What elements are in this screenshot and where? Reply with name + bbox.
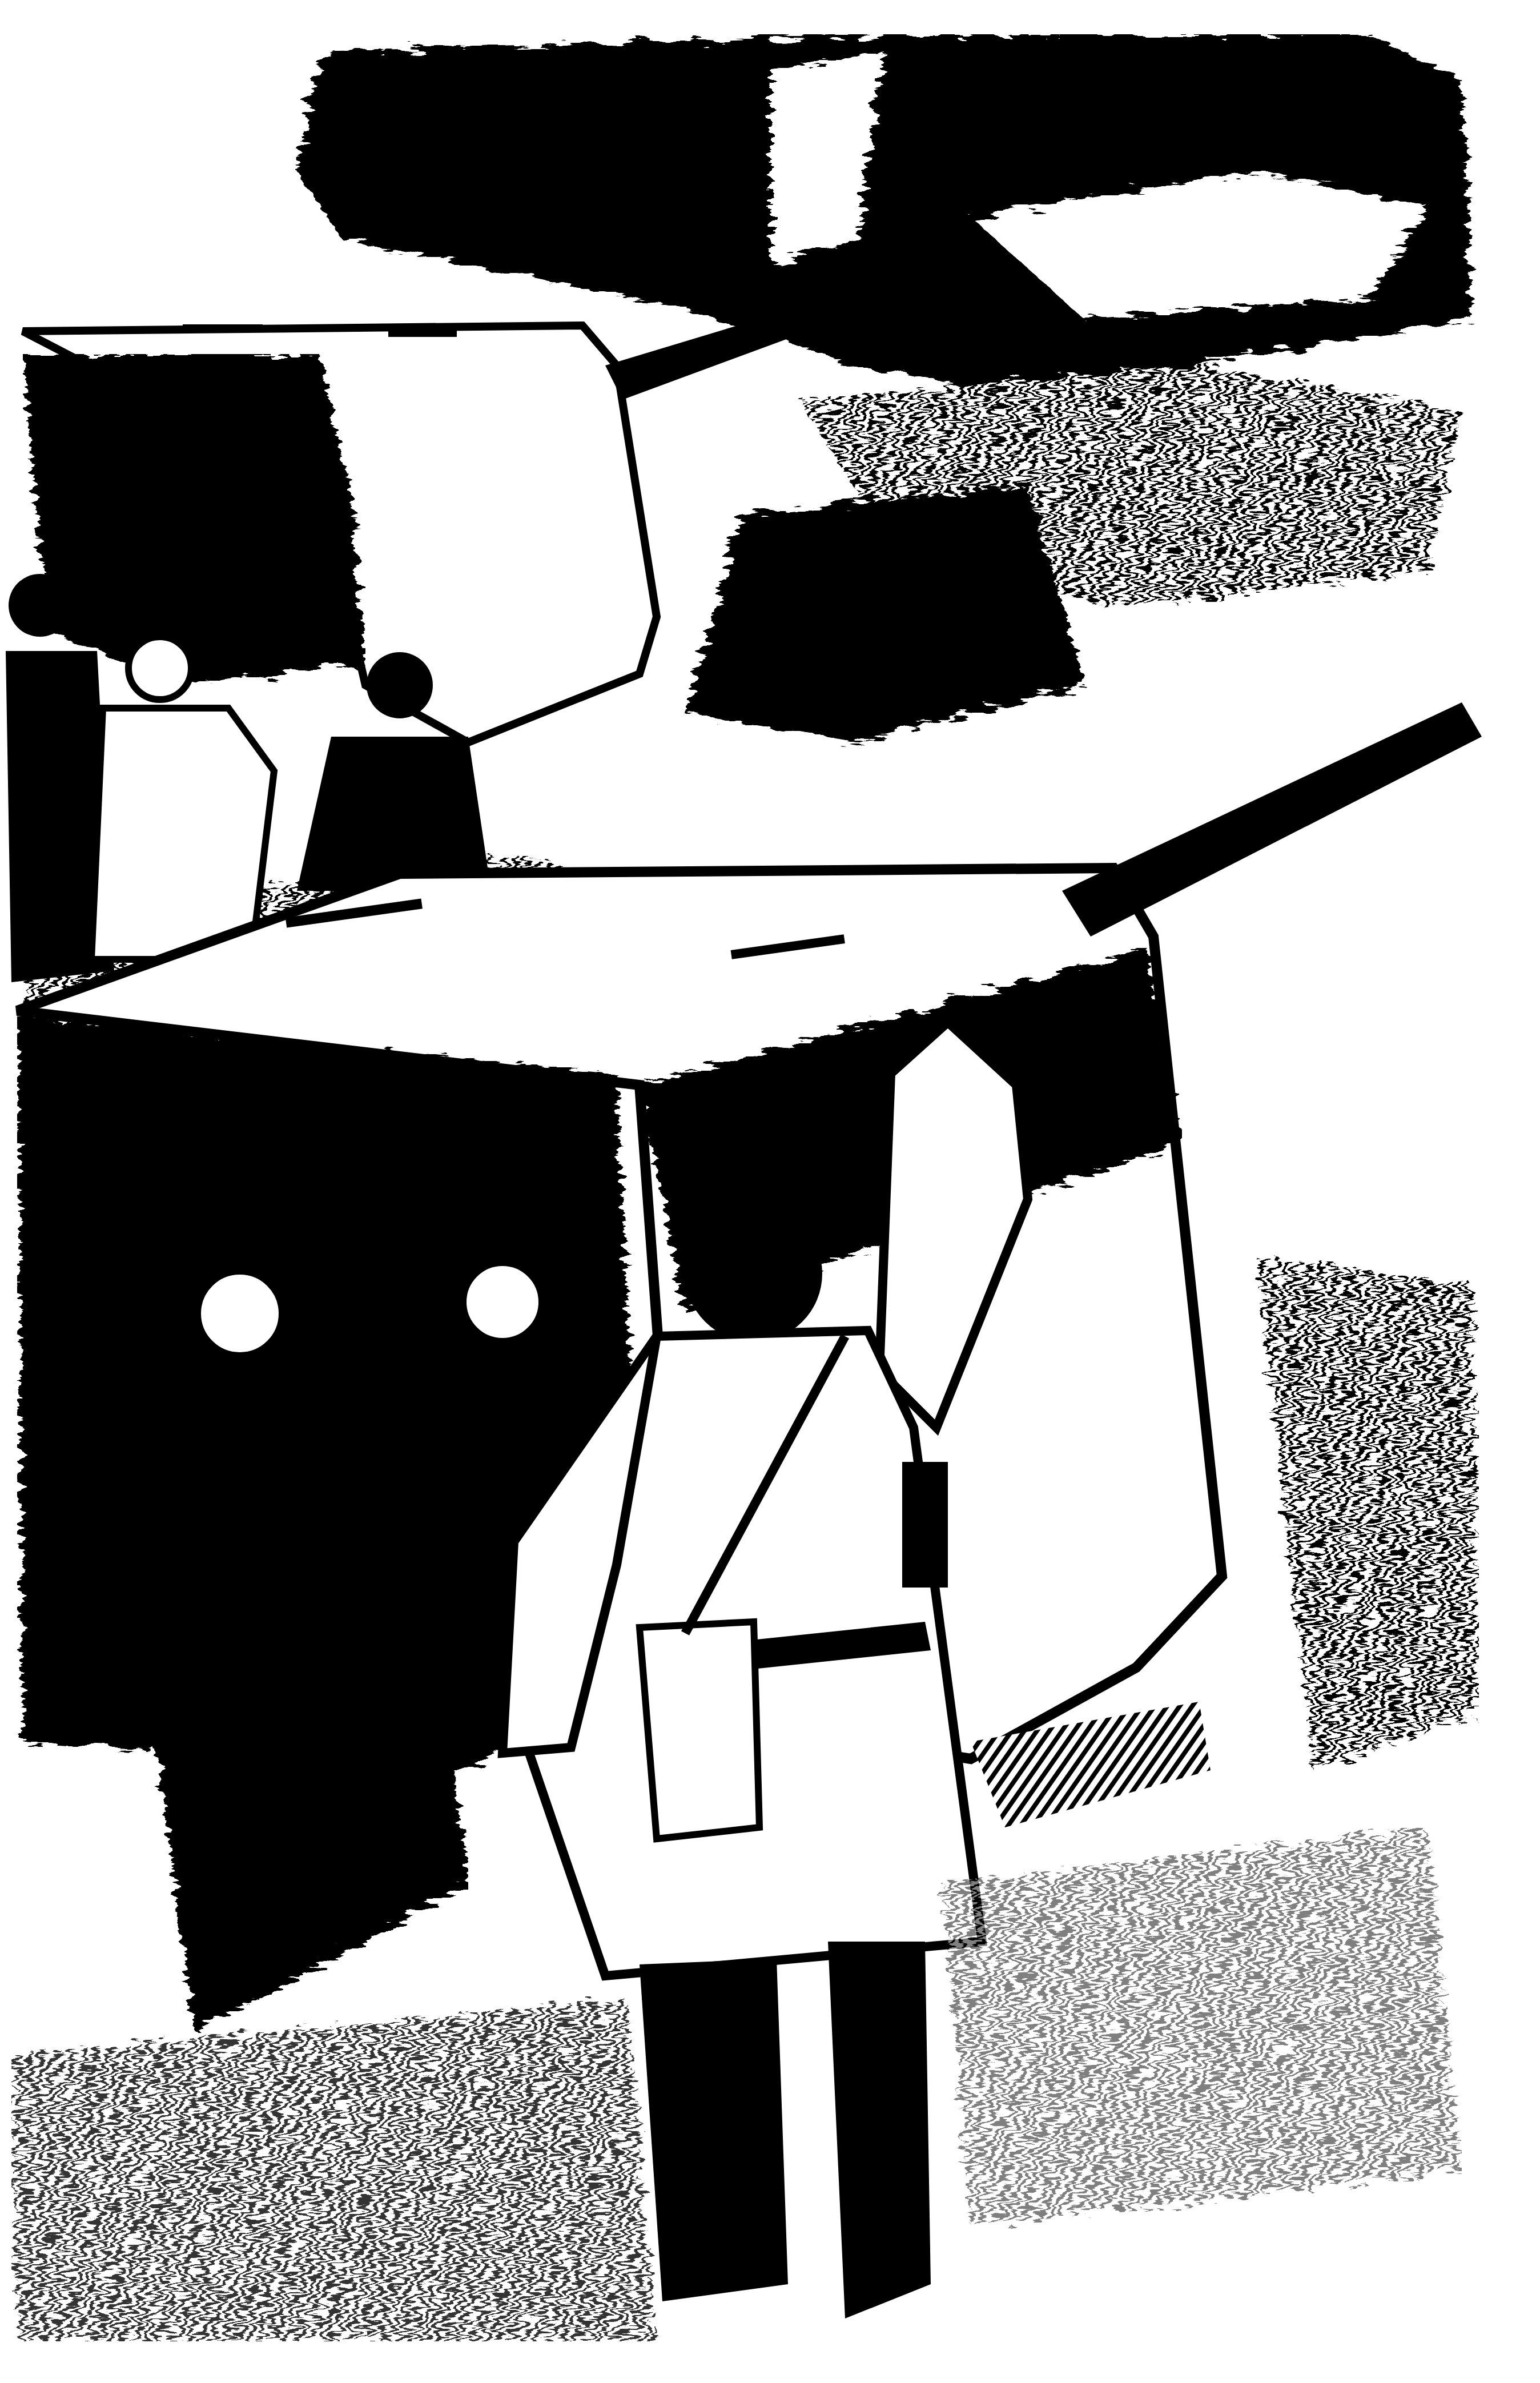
illustration: Coastal artillery battery firing [0,0,1540,2383]
